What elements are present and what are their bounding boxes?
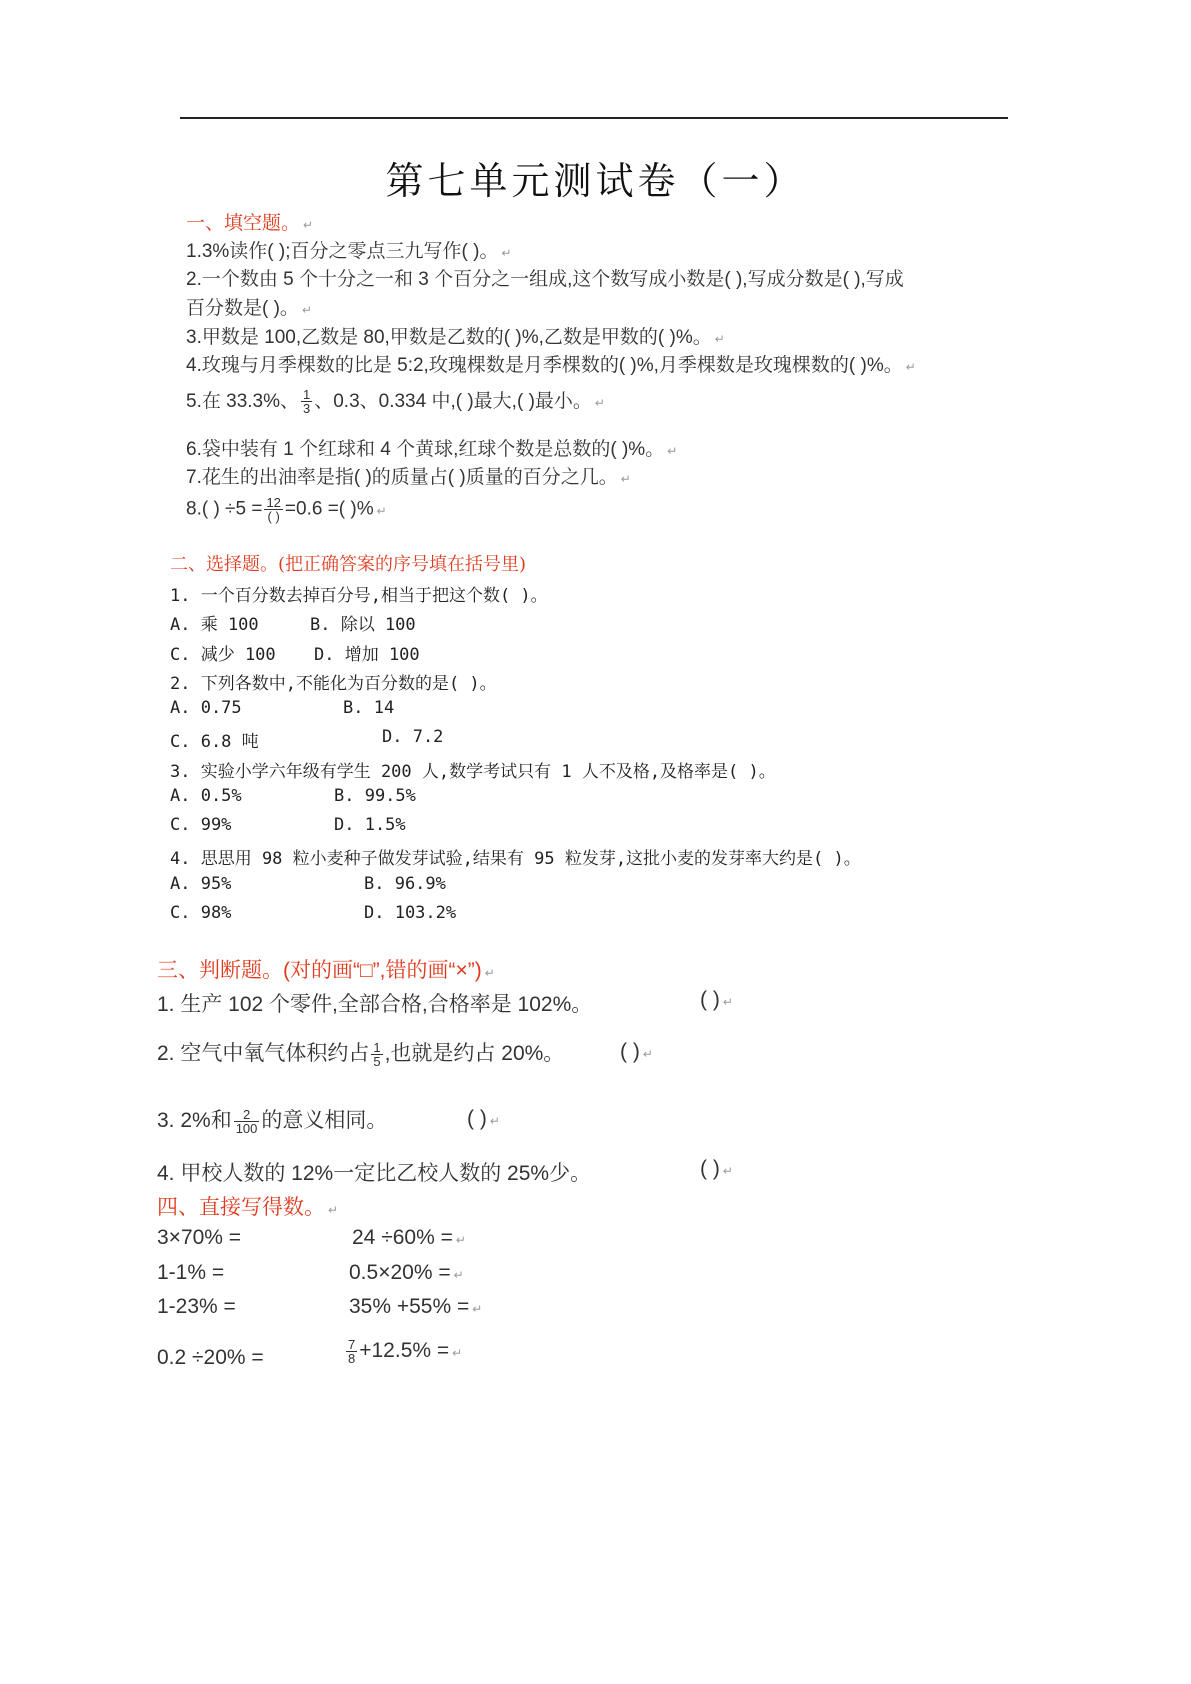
- answer-box[interactable]: ( ): [467, 1107, 487, 1130]
- section1-heading-text: 一、填空题。: [186, 213, 300, 234]
- paragraph-mark: ↵: [595, 396, 605, 410]
- judge-q3: 3. 2%和2100的意义相同。: [157, 1104, 387, 1135]
- paragraph-mark: ↵: [328, 1203, 338, 1217]
- calc-right-2: 0.5×20% =↵: [349, 1261, 464, 1285]
- fraction-denominator: 100: [234, 1121, 260, 1135]
- fill-q8-post: =0.6 =( )%: [285, 499, 374, 520]
- paragraph-mark: ↵: [490, 1114, 500, 1128]
- answer-box[interactable]: ( ): [700, 1157, 720, 1180]
- choice-q3-option-b: B. 99.5%: [334, 786, 416, 806]
- fraction: 2100: [234, 1108, 260, 1135]
- choice-q4-option-c: C. 98%: [170, 903, 231, 923]
- calc-left-1: 3×70% =: [157, 1226, 241, 1250]
- choice-q3-stem: 3. 实验小学六年级有学生 200 人,数学考试只有 1 人不及格,及格率是( …: [170, 757, 776, 782]
- fraction-numerator: 7: [346, 1338, 357, 1351]
- answer-box[interactable]: ( ): [620, 1040, 640, 1063]
- choice-q4-stem: 4. 思思用 98 粒小麦种子做发芽试验,结果有 95 粒发芽,这批小麦的发芽率…: [170, 844, 861, 869]
- fill-q3: 3.甲数是 100,乙数是 80,甲数是乙数的( )%,乙数是甲数的( )%。↵: [186, 322, 725, 349]
- section1-heading: 一、填空题。↵: [186, 208, 313, 235]
- judge-q1-answer[interactable]: ( )↵: [700, 988, 733, 1012]
- choice-q1-option-a: A. 乘 100: [170, 610, 259, 635]
- paragraph-mark: ↵: [303, 218, 313, 232]
- choice-q4-option-d: D. 103.2%: [364, 903, 456, 923]
- fill-q4: 4.玫瑰与月季棵数的比是 5:2,玫瑰棵数是月季棵数的( )%,月季棵数是玫瑰棵…: [186, 350, 916, 377]
- answer-box[interactable]: ( ): [700, 988, 720, 1011]
- paragraph-mark: ↵: [452, 1346, 462, 1360]
- calc-right-1: 24 ÷60% =↵: [352, 1226, 466, 1250]
- section2-heading: 二、选择题。(把正确答案的序号填在括号里): [170, 550, 526, 576]
- choice-q1-stem: 1. 一个百分数去掉百分号,相当于把这个数( )。: [170, 581, 548, 606]
- paragraph-mark: ↵: [456, 1233, 466, 1247]
- paragraph-mark: ↵: [667, 444, 677, 458]
- choice-q2-option-c: C. 6.8 吨: [170, 727, 259, 752]
- paragraph-mark: ↵: [302, 303, 312, 317]
- section3-heading-text: 三、判断题。(对的画“□”,错的画“×”): [157, 959, 482, 982]
- calc-right-4: 78+12.5% =↵: [344, 1338, 462, 1365]
- paragraph-mark: ↵: [723, 995, 733, 1009]
- choice-q1-option-b: B. 除以 100: [310, 610, 416, 635]
- fill-q8: 8.( ) ÷5 =12( )=0.6 =( )%↵: [186, 496, 387, 523]
- calc-left-4: 0.2 ÷20% =: [157, 1346, 264, 1370]
- choice-q2-option-d: D. 7.2: [382, 727, 443, 747]
- fill-q6-text: 6.袋中装有 1 个红球和 4 个黄球,红球个数是总数的( )%。: [186, 439, 664, 460]
- calc-left-2: 1-1% =: [157, 1261, 224, 1285]
- judge-q3-post: 的意义相同。: [261, 1109, 387, 1132]
- choice-q3-option-d: D. 1.5%: [334, 815, 406, 835]
- calc-right-2-text: 0.5×20% =: [349, 1261, 451, 1284]
- fill-q5-post: 、0.3、0.334 中,( )最大,( )最小。: [314, 391, 592, 412]
- section4-heading-text: 四、直接写得数。: [157, 1196, 325, 1219]
- section3-heading: 三、判断题。(对的画“□”,错的画“×”)↵: [157, 954, 495, 984]
- section4-heading: 四、直接写得数。↵: [157, 1191, 338, 1221]
- page-title: 第七单元测试卷（一）: [0, 150, 1191, 205]
- paragraph-mark: ↵: [377, 504, 387, 518]
- calc-right-3: 35% +55% =↵: [349, 1295, 482, 1319]
- choice-q1-option-c: C. 减少 100: [170, 640, 276, 665]
- fill-q3-text: 3.甲数是 100,乙数是 80,甲数是乙数的( )%,乙数是甲数的( )%。: [186, 327, 712, 348]
- fill-q7-text: 7.花生的出油率是指( )的质量占( )质量的百分之几。: [186, 467, 618, 488]
- choice-q1-option-d: D. 增加 100: [314, 640, 420, 665]
- judge-q2: 2. 空气中氧气体积约占15,也就是约占 20%。: [157, 1037, 564, 1068]
- judge-q1: 1. 生产 102 个零件,全部合格,合格率是 102%。: [157, 988, 592, 1018]
- fraction: 15: [371, 1041, 382, 1068]
- fraction-denominator: ( ): [264, 509, 282, 523]
- paragraph-mark: ↵: [621, 472, 631, 486]
- paragraph-mark: ↵: [906, 360, 916, 374]
- calc-left-3: 1-23% =: [157, 1295, 236, 1319]
- choice-q4-option-b: B. 96.9%: [364, 874, 446, 894]
- choice-q2-option-a: A. 0.75: [170, 698, 242, 718]
- fraction-denominator: 5: [371, 1054, 382, 1068]
- paragraph-mark: ↵: [715, 332, 725, 346]
- fraction: 13: [301, 388, 312, 415]
- fill-q1-text: 1.3%读作( );百分之零点三九写作( )。: [186, 241, 498, 262]
- paragraph-mark: ↵: [723, 1164, 733, 1178]
- fill-q7: 7.花生的出油率是指( )的质量占( )质量的百分之几。↵: [186, 462, 631, 489]
- fill-q2-line2-text: 百分数是( )。: [186, 298, 299, 319]
- judge-q2-post: ,也就是约占 20%。: [385, 1042, 565, 1065]
- choice-q2-option-b: B. 14: [343, 698, 394, 718]
- calc-right-1-text: 24 ÷60% =: [352, 1226, 453, 1249]
- judge-q2-pre: 2. 空气中氧气体积约占: [157, 1042, 369, 1065]
- paragraph-mark: ↵: [501, 246, 511, 260]
- fraction: 12( ): [264, 496, 282, 523]
- fill-q1: 1.3%读作( );百分之零点三九写作( )。↵: [186, 236, 512, 263]
- fill-q6: 6.袋中装有 1 个红球和 4 个黄球,红球个数是总数的( )%。↵: [186, 434, 677, 461]
- fill-q2-line2: 百分数是( )。↵: [186, 293, 312, 320]
- choice-q4-option-a: A. 95%: [170, 874, 231, 894]
- fill-q8-pre: 8.( ) ÷5 =: [186, 499, 262, 520]
- choice-q3-option-c: C. 99%: [170, 815, 231, 835]
- paragraph-mark: ↵: [454, 1268, 464, 1282]
- fraction-numerator: 12: [264, 496, 282, 509]
- judge-q3-pre: 3. 2%和: [157, 1109, 232, 1132]
- fraction-numerator: 2: [234, 1108, 260, 1121]
- calc-right-3-text: 35% +55% =: [349, 1295, 469, 1318]
- paragraph-mark: ↵: [643, 1047, 653, 1061]
- judge-q3-answer[interactable]: ( )↵: [467, 1107, 500, 1131]
- header-rule: [180, 117, 1008, 119]
- fill-q5-pre: 5.在 33.3%、: [186, 391, 299, 412]
- fill-q2-line1: 2.一个数由 5 个十分之一和 3 个百分之一组成,这个数写成小数是( ),写成…: [186, 264, 904, 291]
- judge-q4-answer[interactable]: ( )↵: [700, 1157, 733, 1181]
- fraction-numerator: 1: [301, 388, 312, 401]
- fraction-denominator: 3: [301, 401, 312, 415]
- fraction: 78: [346, 1338, 357, 1365]
- calc-right-4-text: +12.5% =: [359, 1339, 449, 1362]
- judge-q4: 4. 甲校人数的 12%一定比乙校人数的 25%少。: [157, 1157, 591, 1187]
- choice-q2-stem: 2. 下列各数中,不能化为百分数的是( )。: [170, 669, 497, 694]
- judge-q2-answer[interactable]: ( )↵: [620, 1040, 653, 1064]
- paragraph-mark: ↵: [472, 1302, 482, 1316]
- fraction-numerator: 1: [371, 1041, 382, 1054]
- choice-q3-option-a: A. 0.5%: [170, 786, 242, 806]
- paragraph-mark: ↵: [485, 966, 495, 980]
- fill-q4-text: 4.玫瑰与月季棵数的比是 5:2,玫瑰棵数是月季棵数的( )%,月季棵数是玫瑰棵…: [186, 355, 903, 376]
- fill-q5: 5.在 33.3%、13、0.3、0.334 中,( )最大,( )最小。↵: [186, 386, 605, 415]
- fraction-denominator: 8: [346, 1351, 357, 1365]
